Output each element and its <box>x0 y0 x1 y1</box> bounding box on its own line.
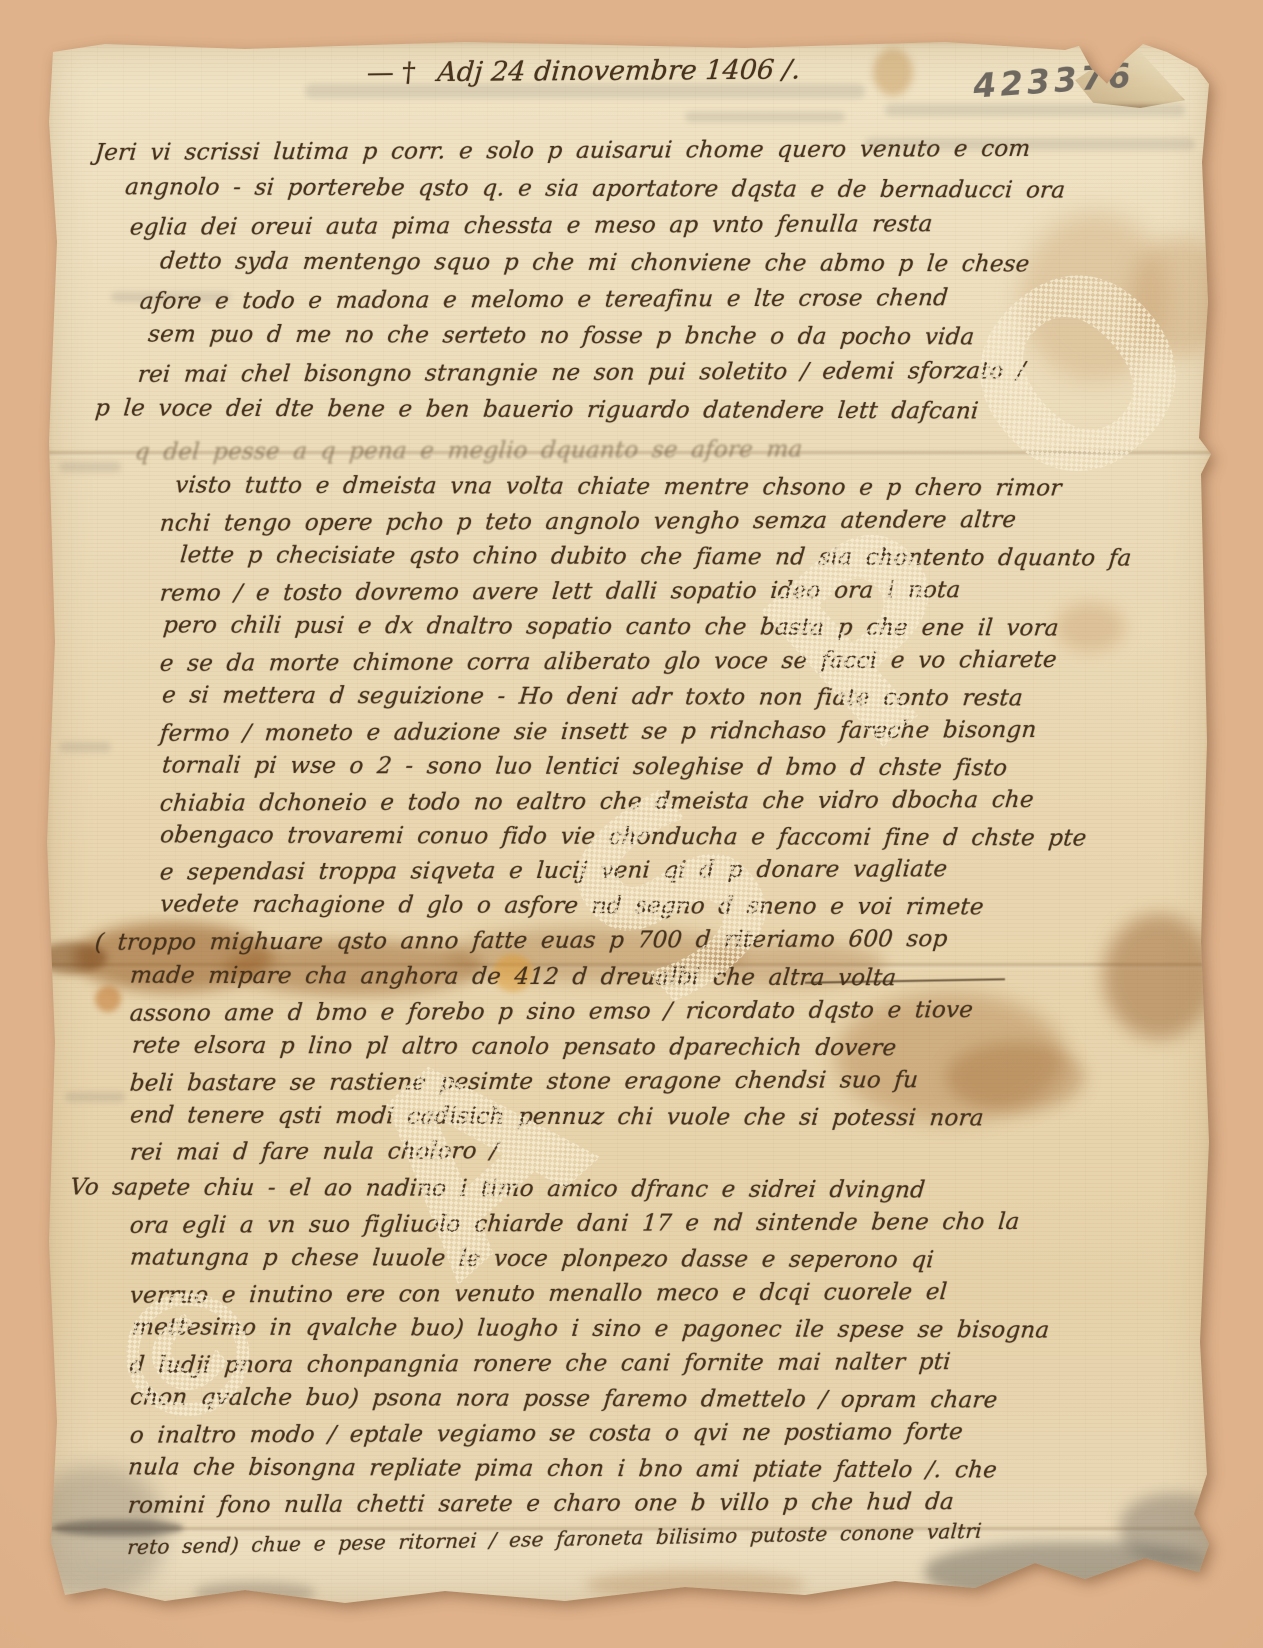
show-through <box>685 112 845 122</box>
letter-sheet: —†Adj 24 dinovembre 1406 /. 423376 Jeri … <box>45 42 1213 1608</box>
manuscript-line: ( troppo mighuare qsto anno fatte euas p… <box>94 928 949 955</box>
stain <box>945 1042 1085 1112</box>
manuscript-line: matungna p chese luuole le voce plonpezo… <box>129 1247 935 1273</box>
manuscript-line: e si mettera d seguizione - Ho deni adr … <box>161 684 1024 710</box>
stain <box>873 48 913 96</box>
show-through <box>59 462 121 472</box>
manuscript-line: rei mai chel bisongno strangnie ne son p… <box>137 360 1026 387</box>
stain <box>95 986 121 1012</box>
date-line: —†Adj 24 dinovembre 1406 /. <box>366 56 802 86</box>
scan-background: —†Adj 24 dinovembre 1406 /. 423376 Jeri … <box>0 0 1263 1648</box>
stain <box>1103 914 1215 1039</box>
stain <box>1055 602 1125 652</box>
manuscript-line: p le voce dei dte bene e ben bauerio rig… <box>94 397 979 423</box>
manuscript-line: chon qvalche buo) psona nora posse farem… <box>129 1386 998 1412</box>
manuscript-line: end tenere qsti modi cadisich pennuz chi… <box>129 1105 985 1131</box>
manuscript-line: d ludji pnora chonpangnia ronere che can… <box>129 1351 952 1378</box>
manuscript-line: afore e todo e madona e melomo e tereafi… <box>139 287 949 314</box>
manuscript-line: e se da morte chimone corra aliberato gl… <box>159 649 1058 676</box>
manuscript-line: beli bastare se rastiene pesimte stone e… <box>129 1069 919 1095</box>
manuscript-line: Jeri vi scrissi lutima p corr. e solo p … <box>94 138 1031 165</box>
manuscript-line: ora egli a vn suo figliuolo chiarde dani… <box>129 1211 1021 1238</box>
date-text: Adj 24 dinovembre 1406 /. <box>436 54 802 88</box>
manuscript-line: visto tutto e dmeista vna volta chiate m… <box>174 474 1063 500</box>
manuscript-line: e sependasi troppa siqveta e lucij veni … <box>159 858 948 884</box>
show-through <box>65 1092 125 1102</box>
manuscript-line: obengaco trovaremi conuo fido vie chondu… <box>159 824 1087 850</box>
manuscript-line: detto syda mentengo squo p che mi chonvi… <box>159 250 1030 276</box>
manuscript-line: tornali pi wse o 2 - sono luo lentici so… <box>161 755 1008 781</box>
manuscript-line: romini fono nulla chetti sarete e charo … <box>127 1491 955 1518</box>
manuscript-line: o inaltro modo / eptale vegiamo se costa… <box>129 1421 964 1448</box>
manuscript-line: sem puo d me no che serteto no fosse p b… <box>147 324 975 350</box>
manuscript-line: eglia dei oreui auta pima chessta e meso… <box>129 213 934 240</box>
manuscript-line: q del pesse a q pena e meglio dquanto se… <box>134 439 803 465</box>
manuscript-line: lette p checisiate qsto chino dubito che… <box>179 544 1132 570</box>
letter-sheet-wrap: —†Adj 24 dinovembre 1406 /. 423376 Jeri … <box>45 42 1213 1608</box>
manuscript-line: rete elsora p lino pl altro canolo pensa… <box>131 1035 897 1061</box>
manuscript-line: angnolo - si porterebe qsto q. e sia apo… <box>124 176 1066 202</box>
manuscript-line: chiabia dchoneio e todo no ealtro che dm… <box>159 789 1035 816</box>
stain <box>585 1570 805 1600</box>
manuscript-line: pero chili pusi e dx dnaltro sopatio can… <box>162 614 1060 640</box>
archive-number: 423376 <box>972 58 1136 102</box>
manuscript-line: nchi tengo opere pcho p teto angnolo ven… <box>159 509 1017 536</box>
show-through <box>59 742 111 752</box>
stain <box>1130 237 1230 357</box>
manuscript-line: fermo / moneto e aduzione sie insett se … <box>159 719 1038 746</box>
manuscript-line: vedete rachagione d glo o asfore nd segn… <box>159 894 985 920</box>
manuscript-line: nula che bisongna repliate pima chon i b… <box>127 1456 998 1482</box>
edge-grime <box>1120 1494 1230 1564</box>
manuscript-line: rei mai d fare nula choloro / <box>129 1140 499 1165</box>
edge-grime <box>195 1582 315 1604</box>
manuscript-line: Vo sapete chiu - el ao nadino i timo ami… <box>69 1177 926 1203</box>
manuscript-line: mettesimo in qvalche buo) luogho i sino … <box>131 1316 1050 1342</box>
manuscript-line: made mipare cha anghora de 412 d dreualb… <box>129 965 897 991</box>
manuscript-line: verruo e inutino ere con venuto menallo … <box>129 1281 948 1308</box>
manuscript-line: assono ame d bmo e forebo p sino emso / … <box>129 999 974 1026</box>
cross-mark: —† <box>366 57 425 88</box>
manuscript-line: remo / e tosto dovremo avere lett dalli … <box>159 579 961 605</box>
